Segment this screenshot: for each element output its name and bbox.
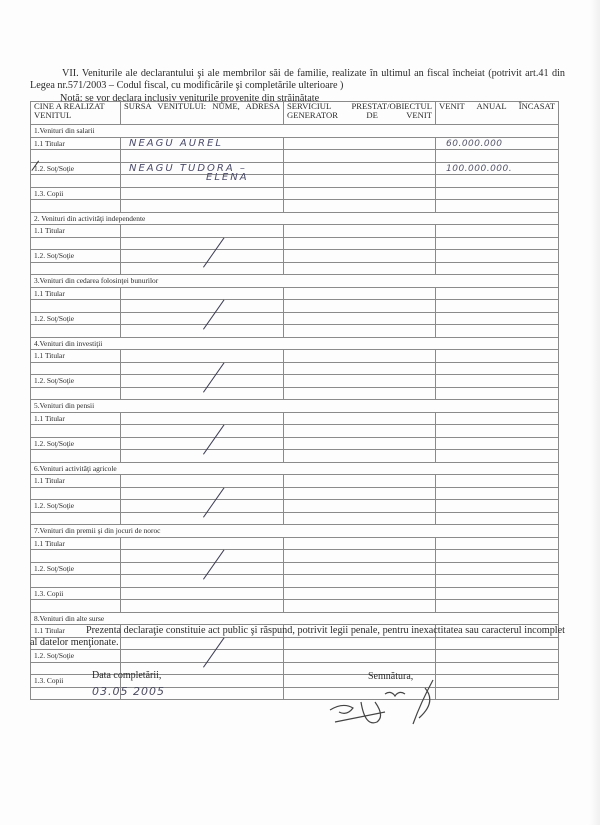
table-row: 1.2. Soţ/Soţie xyxy=(31,650,559,663)
source-cell xyxy=(121,412,284,425)
table-row-spacer xyxy=(31,325,559,338)
column-header: SURSA VENITULUI: NUME, ADRESA xyxy=(121,102,284,125)
row-label-text: 1.2. Soţ/Soţie xyxy=(34,651,74,660)
spacer-cell xyxy=(284,300,436,313)
row-label-text: 1.3. Copii xyxy=(34,676,63,685)
table-row: 1.2. Soţ/Soţie xyxy=(31,500,559,513)
section-row: 4.Venituri din investiţii xyxy=(31,337,559,350)
spacer-cell xyxy=(436,150,559,163)
row-label: 1.1 Titular xyxy=(31,412,121,425)
section-intro: VII. Veniturile ale declarantului şi ale… xyxy=(30,68,565,92)
spacer-cell xyxy=(31,325,121,338)
amount-cell: 60.000.000 xyxy=(436,137,559,150)
table-row-spacer xyxy=(31,300,559,313)
table-row-spacer: ELENA xyxy=(31,175,559,188)
spacer-cell xyxy=(436,687,559,700)
row-label: 1.1 Titular xyxy=(31,350,121,363)
service-cell xyxy=(284,562,436,575)
table-row-spacer xyxy=(31,262,559,275)
spacer-cell xyxy=(436,387,559,400)
service-cell xyxy=(284,312,436,325)
service-cell xyxy=(284,162,436,175)
spacer-cell xyxy=(31,575,121,588)
spacer-cell xyxy=(121,200,284,213)
source-cell xyxy=(121,250,284,263)
spacer-cell xyxy=(436,450,559,463)
income-table: CINE A REALIZAT VENITULSURSA VENITULUI: … xyxy=(30,101,559,700)
section-row: 8.Venituri din alte surse xyxy=(31,612,559,625)
row-label-text: 1.2. Soţ/Soţie xyxy=(34,439,74,448)
spacer-cell xyxy=(31,487,121,500)
section-title: 3.Venituri din cedarea folosinţei bunuri… xyxy=(31,275,559,288)
section-row: 5.Venituri din pensii xyxy=(31,400,559,413)
spacer-cell xyxy=(436,425,559,438)
table-row-spacer xyxy=(31,575,559,588)
section-title: 4.Venituri din investiţii xyxy=(31,337,559,350)
spacer-cell xyxy=(31,150,121,163)
spacer-cell xyxy=(284,425,436,438)
spacer-cell xyxy=(121,450,284,463)
amount-cell xyxy=(436,537,559,550)
amount-cell xyxy=(436,650,559,663)
section-title: 6.Venituri activităţi agricole xyxy=(31,462,559,475)
spacer-cell xyxy=(436,200,559,213)
spacer-cell xyxy=(284,175,436,188)
section-title: 7.Venituri din premii şi din jocuri de n… xyxy=(31,525,559,538)
row-label-text: 1.1 Titular xyxy=(34,414,65,423)
amount-cell xyxy=(436,350,559,363)
spacer-cell xyxy=(121,512,284,525)
row-label-text: 1.2. Soţ/Soţie xyxy=(34,376,74,385)
spacer-cell xyxy=(284,600,436,613)
row-label-text: 1.2. Soţ/Soţie xyxy=(34,164,74,173)
table-row: 1.1 TitularNEAGU AUREL60.000.000 xyxy=(31,137,559,150)
row-label: 1.2. Soţ/Soţie xyxy=(31,437,121,450)
table-row: 1.2. Soţ/Soţie xyxy=(31,375,559,388)
table-row-spacer xyxy=(31,512,559,525)
section-title: 2. Venituri din activităţi independente xyxy=(31,212,559,225)
row-label-text: 1.2. Soţ/Soţie xyxy=(34,314,74,323)
row-label: 1.3. Copii xyxy=(31,187,121,200)
service-cell xyxy=(284,412,436,425)
service-cell xyxy=(284,287,436,300)
spacer-cell xyxy=(121,600,284,613)
table-row-spacer xyxy=(31,425,559,438)
service-cell xyxy=(284,650,436,663)
service-cell xyxy=(284,537,436,550)
section-title: 8.Venituri din alte surse xyxy=(31,612,559,625)
date-label: Data completării, xyxy=(92,670,161,682)
amount-cell xyxy=(436,375,559,388)
table-row-spacer xyxy=(31,237,559,250)
column-header: CINE A REALIZAT VENITUL xyxy=(31,102,121,125)
spacer-cell xyxy=(436,550,559,563)
amount-cell xyxy=(436,475,559,488)
row-label-text: 1.2. Soţ/Soţie xyxy=(34,501,74,510)
spacer-cell xyxy=(121,237,284,250)
spacer-cell xyxy=(121,575,284,588)
row-label: 1.2. Soţ/Soţie xyxy=(31,312,121,325)
service-cell xyxy=(284,187,436,200)
handwritten-source-cont: ELENA xyxy=(206,172,249,183)
table-row-spacer xyxy=(31,387,559,400)
amount-cell xyxy=(436,250,559,263)
source-cell xyxy=(121,500,284,513)
section-title: 1.Venituri din salarii xyxy=(31,125,559,138)
source-cell xyxy=(121,437,284,450)
row-label: 1.1 Titular xyxy=(31,475,121,488)
table-row-spacer xyxy=(31,362,559,375)
spacer-cell xyxy=(31,550,121,563)
service-cell xyxy=(284,437,436,450)
row-label: 1.2. Soţ/Soţie xyxy=(31,375,121,388)
spacer-cell xyxy=(284,150,436,163)
spacer-cell xyxy=(31,425,121,438)
spacer-cell xyxy=(121,487,284,500)
source-cell xyxy=(121,562,284,575)
closing-statement: Prezenta declaraţie constituie act publi… xyxy=(30,625,565,649)
spacer-cell xyxy=(121,300,284,313)
handwritten-source: NEAGU AUREL xyxy=(129,138,223,149)
row-label-text: 1.2. Soţ/Soţie xyxy=(34,251,74,260)
row-label-text: 1.2. Soţ/Soţie xyxy=(34,564,74,573)
table-row-spacer xyxy=(31,150,559,163)
row-label: 1.2. Soţ/Soţie xyxy=(31,250,121,263)
spacer-cell xyxy=(436,262,559,275)
spacer-cell xyxy=(31,450,121,463)
spacer-cell xyxy=(436,362,559,375)
section-row: 3.Venituri din cedarea folosinţei bunuri… xyxy=(31,275,559,288)
handwritten-amount: 60.000.000 xyxy=(446,139,503,150)
row-label: 1.3. Copii xyxy=(31,587,121,600)
table-row: 1.1 Titular xyxy=(31,225,559,238)
spacer-cell xyxy=(121,325,284,338)
source-cell xyxy=(121,350,284,363)
source-cell xyxy=(121,475,284,488)
table-row: 1.1 Titular xyxy=(31,287,559,300)
amount-cell xyxy=(436,500,559,513)
table-row-spacer xyxy=(31,200,559,213)
spacer-cell xyxy=(284,362,436,375)
spacer-cell xyxy=(436,175,559,188)
table-row-spacer xyxy=(31,600,559,613)
spacer-cell xyxy=(121,425,284,438)
table-row-spacer xyxy=(31,450,559,463)
row-label-text: 1.3. Copii xyxy=(34,589,63,598)
table-row: 1.3. Copii xyxy=(31,187,559,200)
source-cell xyxy=(121,537,284,550)
row-label: 1.2. Soţ/Soţie xyxy=(31,500,121,513)
table-row: 1.1 Titular xyxy=(31,537,559,550)
spacer-cell xyxy=(31,200,121,213)
service-cell xyxy=(284,137,436,150)
handwritten-amount: 100.000.000. xyxy=(446,164,512,175)
table-row: 1.1 Titular xyxy=(31,350,559,363)
row-label-text: 1.1 Titular xyxy=(34,226,65,235)
table-row: 1.2. Soţ/Soţie xyxy=(31,312,559,325)
spacer-cell xyxy=(31,600,121,613)
source-cell: NEAGU TUDORA – xyxy=(121,162,284,175)
spacer-cell xyxy=(121,387,284,400)
row-label-text: 1.1 Titular xyxy=(34,289,65,298)
spacer-cell xyxy=(284,200,436,213)
row-label: 1.2. Soţ/Soţie xyxy=(31,650,121,663)
column-header: SERVICIUL PRESTAT/OBIECTUL GENERATOR DE … xyxy=(284,102,436,125)
section-row: 1.Venituri din salarii xyxy=(31,125,559,138)
spacer-cell xyxy=(436,237,559,250)
source-cell xyxy=(121,312,284,325)
source-cell: NEAGU AUREL xyxy=(121,137,284,150)
row-label: 1.1 Titular xyxy=(31,137,121,150)
section-row: 2. Venituri din activităţi independente xyxy=(31,212,559,225)
table-row: 1.2. Soţ/Soţie xyxy=(31,250,559,263)
spacer-cell xyxy=(436,325,559,338)
table-header-row: CINE A REALIZAT VENITULSURSA VENITULUI: … xyxy=(31,102,559,125)
row-label-text: 1.1 Titular xyxy=(34,351,65,360)
spacer-cell xyxy=(31,362,121,375)
row-label: 1.2. Soţ/Soţie xyxy=(31,162,121,175)
spacer-cell xyxy=(284,512,436,525)
row-label: 1.1 Titular xyxy=(31,537,121,550)
section-row: 7.Venituri din premii şi din jocuri de n… xyxy=(31,525,559,538)
spacer-cell xyxy=(31,175,121,188)
scan-edge xyxy=(590,0,600,825)
row-label-text: 1.1 Titular xyxy=(34,139,65,148)
table-row: 1.2. Soţ/SoţieNEAGU TUDORA –100.000.000. xyxy=(31,162,559,175)
amount-cell xyxy=(436,312,559,325)
spacer-cell xyxy=(436,512,559,525)
amount-cell: 100.000.000. xyxy=(436,162,559,175)
spacer-cell xyxy=(121,550,284,563)
service-cell xyxy=(284,350,436,363)
source-cell xyxy=(121,287,284,300)
amount-cell xyxy=(436,562,559,575)
spacer-cell xyxy=(31,237,121,250)
spacer-cell xyxy=(284,450,436,463)
source-cell xyxy=(121,225,284,238)
spacer-cell xyxy=(436,575,559,588)
spacer-cell xyxy=(31,262,121,275)
spacer-cell xyxy=(284,550,436,563)
spacer-cell xyxy=(121,362,284,375)
date-value: 03.05 2005 xyxy=(92,685,165,698)
amount-cell xyxy=(436,412,559,425)
service-cell xyxy=(284,587,436,600)
spacer-cell xyxy=(31,387,121,400)
table-row-spacer xyxy=(31,487,559,500)
row-label-text: 1.3. Copii xyxy=(34,189,63,198)
service-cell xyxy=(284,475,436,488)
signature-scribble xyxy=(325,672,445,732)
amount-cell xyxy=(436,675,559,688)
spacer-cell: ELENA xyxy=(121,175,284,188)
spacer-cell xyxy=(31,300,121,313)
table-row-spacer xyxy=(31,550,559,563)
row-label: 1.1 Titular xyxy=(31,287,121,300)
service-cell xyxy=(284,375,436,388)
row-label-text: 1.1 Titular xyxy=(34,539,65,548)
source-cell xyxy=(121,187,284,200)
table-row: 1.3. Copii xyxy=(31,587,559,600)
source-cell xyxy=(121,375,284,388)
section-row: 6.Venituri activităţi agricole xyxy=(31,462,559,475)
spacer-cell xyxy=(284,262,436,275)
row-label-text: 1.1 Titular xyxy=(34,476,65,485)
spacer-cell xyxy=(284,387,436,400)
row-label: 1.1 Titular xyxy=(31,225,121,238)
service-cell xyxy=(284,225,436,238)
spacer-cell xyxy=(436,662,559,675)
spacer-cell xyxy=(121,150,284,163)
table-row: 1.1 Titular xyxy=(31,475,559,488)
service-cell xyxy=(284,250,436,263)
source-cell xyxy=(121,650,284,663)
source-cell xyxy=(121,587,284,600)
amount-cell xyxy=(436,287,559,300)
row-label: 1.2. Soţ/Soţie xyxy=(31,562,121,575)
service-cell xyxy=(284,500,436,513)
column-header: VENIT ANUAL ÎNCASAT xyxy=(436,102,559,125)
spacer-cell xyxy=(284,237,436,250)
spacer-cell xyxy=(121,262,284,275)
table-row: 1.2. Soţ/Soţie xyxy=(31,562,559,575)
spacer-cell xyxy=(436,487,559,500)
table-row: 1.2. Soţ/Soţie xyxy=(31,437,559,450)
spacer-cell xyxy=(284,325,436,338)
section-title: 5.Venituri din pensii xyxy=(31,400,559,413)
table-row: 1.1 Titular xyxy=(31,412,559,425)
spacer-cell xyxy=(284,575,436,588)
spacer-cell xyxy=(436,300,559,313)
amount-cell xyxy=(436,587,559,600)
spacer-cell xyxy=(284,487,436,500)
spacer-cell xyxy=(31,512,121,525)
spacer-cell xyxy=(436,600,559,613)
amount-cell xyxy=(436,437,559,450)
amount-cell xyxy=(436,187,559,200)
amount-cell xyxy=(436,225,559,238)
